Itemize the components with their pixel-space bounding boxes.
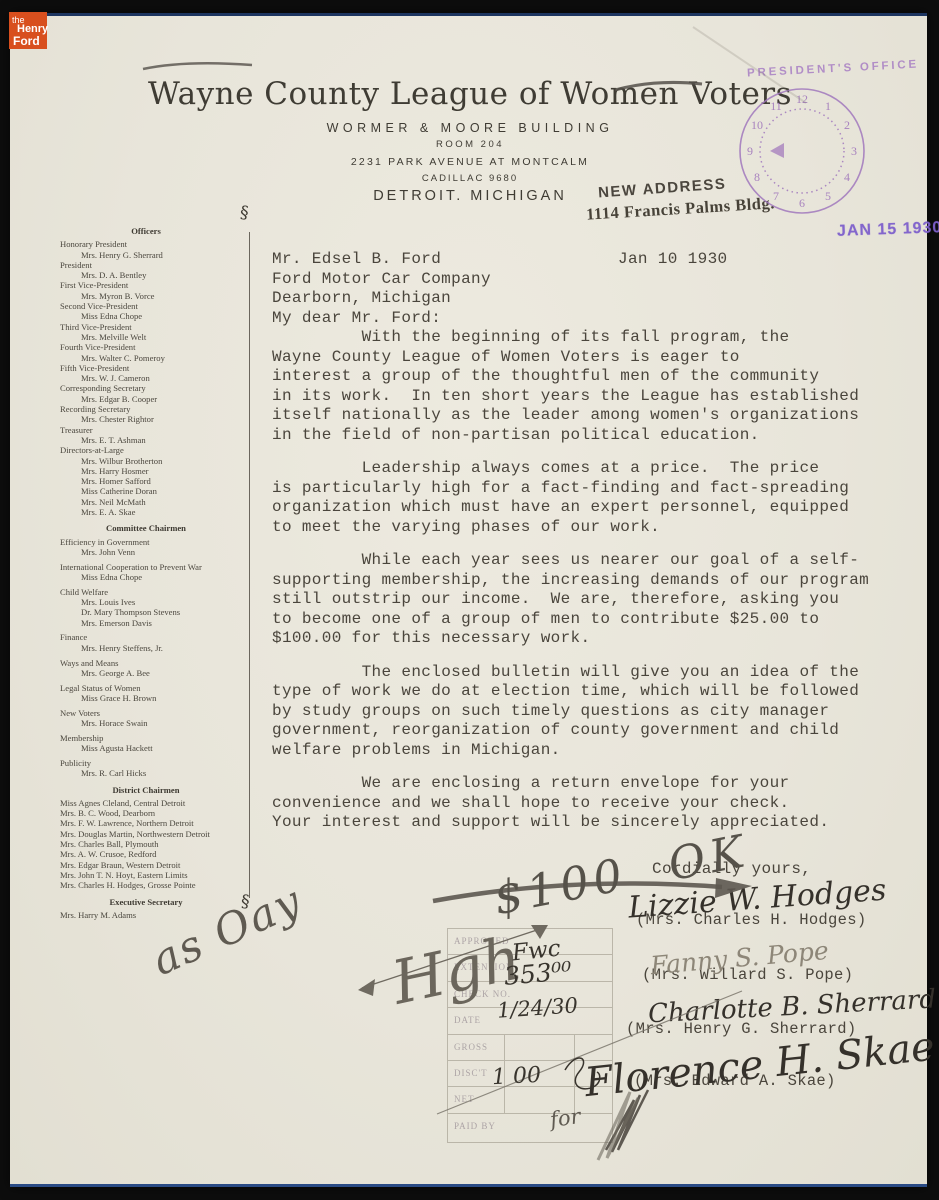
- officer-names: Mrs. Melville Welt: [60, 332, 252, 342]
- officer-role: Directors-at-Large: [60, 445, 252, 455]
- officer-names: Mrs. Myron B. Vorce: [60, 291, 252, 301]
- clock-pointer-icon: [770, 143, 784, 158]
- svg-text:7: 7: [773, 189, 779, 203]
- officer-entry: Second Vice-President Miss Edna Chope: [60, 301, 252, 322]
- officer-names: Miss Edna Chope: [60, 311, 252, 321]
- letterhead-building: WORMER & MOORE BUILDING: [140, 121, 800, 135]
- officer-entry: Honorary President Mrs. Henry G. Sherrar…: [60, 239, 252, 260]
- officers-heading: Officers: [60, 226, 232, 236]
- letter-body: Mr. Edsel B. Ford Ford Motor Car Company…: [272, 250, 904, 847]
- district-entry: Mrs. John T. N. Hoyt, Eastern Limits: [60, 870, 252, 880]
- approval-box-label: PAID BY: [454, 1121, 496, 1131]
- committee-name: International Cooperation to Prevent War: [60, 562, 252, 572]
- committee-entry: Publicity Mrs. R. Carl Hicks: [60, 758, 252, 779]
- svg-text:1: 1: [825, 99, 831, 113]
- officer-role: Fifth Vice-President: [60, 363, 252, 373]
- officer-names: Mrs. D. A. Bentley: [60, 270, 252, 280]
- committee-name: Publicity: [60, 758, 252, 768]
- committee-entry: Ways and Means Mrs. George A. Bee: [60, 658, 252, 679]
- exec-secretary-heading: Executive Secretary: [60, 897, 232, 907]
- recipient-address: Mr. Edsel B. Ford Ford Motor Car Company…: [272, 250, 904, 309]
- sidebar-divider-rule: [249, 232, 250, 898]
- henry-ford-logo: the Henry Ford: [9, 12, 47, 49]
- district-heading: District Chairmen: [60, 785, 232, 795]
- officer-role: Fourth Vice-President: [60, 342, 252, 352]
- pencil-paid-by-note: for: [548, 1104, 582, 1132]
- district-entry: Mrs. A. W. Crusoe, Redford: [60, 849, 252, 859]
- signature-entry: Florence H. Skae (Mrs. Edward A. Skae): [580, 1042, 932, 1090]
- signature-block: Lizzie W. Hodges (Mrs. Charles H. Hodges…: [580, 880, 932, 1090]
- ink-net-amount: 1 00: [491, 1063, 541, 1091]
- committee-list: Efficiency in Government Mrs. John Venn …: [60, 537, 252, 779]
- svg-text:6: 6: [799, 196, 805, 210]
- approval-box-label: NET: [454, 1094, 475, 1104]
- committee-chair-names: Mrs. R. Carl Hicks: [60, 768, 252, 778]
- svg-text:10: 10: [751, 118, 763, 132]
- committee-chair-names: Mrs. John Venn: [60, 547, 252, 557]
- letter-paragraphs: With the beginning of its fall program, …: [272, 328, 904, 833]
- letterhead-street-address: 2231 PARK AVENUE AT MONTCALM: [140, 156, 800, 168]
- logo-ford: Ford: [13, 35, 40, 47]
- svg-text:2: 2: [844, 118, 850, 132]
- ink-amount: 353⁰⁰: [503, 956, 573, 991]
- committee-chair-names: Miss Grace H. Brown: [60, 693, 252, 703]
- officer-role: Third Vice-President: [60, 322, 252, 332]
- approval-box-row: PAID BY: [448, 1114, 612, 1140]
- svg-text:5: 5: [825, 189, 831, 203]
- committee-chair-names: Mrs. George A. Bee: [60, 668, 252, 678]
- officer-entry: Third Vice-President Mrs. Melville Welt: [60, 322, 252, 343]
- officer-role: First Vice-President: [60, 280, 252, 290]
- approval-box-label: DISC'T: [454, 1068, 488, 1078]
- committee-chair-names: Mrs. Horace Swain: [60, 718, 252, 728]
- officer-entry: Directors-at-Large Mrs. Wilbur Brotherto…: [60, 445, 252, 517]
- officer-role: Second Vice-President: [60, 301, 252, 311]
- district-list: Miss Agnes Cleland, Central Detroit Mrs.…: [60, 798, 252, 891]
- committee-name: Membership: [60, 733, 252, 743]
- committee-entry: Membership Miss Agusta Hackett: [60, 733, 252, 754]
- district-entry: Mrs. Edgar Braun, Western Detroit: [60, 860, 252, 870]
- committee-name: Ways and Means: [60, 658, 252, 668]
- committee-name: Child Welfare: [60, 587, 252, 597]
- committee-entry: New Voters Mrs. Horace Swain: [60, 708, 252, 729]
- officer-role: President: [60, 260, 252, 270]
- svg-text:11: 11: [770, 99, 782, 113]
- committee-chair-names: Miss Edna Chope: [60, 572, 252, 582]
- svg-text:4: 4: [844, 170, 850, 184]
- officer-names: Mrs. Chester Rightor: [60, 414, 252, 424]
- svg-text:8: 8: [754, 170, 760, 184]
- committee-name: Efficiency in Government: [60, 537, 252, 547]
- committee-name: Finance: [60, 632, 252, 642]
- officer-entry: Fifth Vice-President Mrs. W. J. Cameron: [60, 363, 252, 384]
- committee-entry: International Cooperation to Prevent War…: [60, 562, 252, 583]
- officer-role: Honorary President: [60, 239, 252, 249]
- officer-entry: Recording Secretary Mrs. Chester Rightor: [60, 404, 252, 425]
- officer-roster-sidebar: Officers Honorary President Mrs. Henry G…: [60, 226, 252, 920]
- letter-paragraph: The enclosed bulletin will give you an i…: [272, 663, 904, 761]
- letterhead-room: ROOM 204: [140, 139, 800, 150]
- district-entry: Miss Agnes Cleland, Central Detroit: [60, 798, 252, 808]
- officer-entry: President Mrs. D. A. Bentley: [60, 260, 252, 281]
- officer-names: Mrs. Henry G. Sherrard: [60, 250, 252, 260]
- district-entry: Mrs. Douglas Martin, Northwestern Detroi…: [60, 829, 252, 839]
- committee-chair-names: Mrs. Henry Steffens, Jr.: [60, 643, 252, 653]
- committee-name: Legal Status of Women: [60, 683, 252, 693]
- officer-names: Mrs. Edgar B. Cooper: [60, 394, 252, 404]
- committee-entry: Finance Mrs. Henry Steffens, Jr.: [60, 632, 252, 653]
- officer-role: Recording Secretary: [60, 404, 252, 414]
- district-entry: Mrs. Charles H. Hodges, Grosse Pointe: [60, 880, 252, 890]
- officer-entry: Corresponding Secretary Mrs. Edgar B. Co…: [60, 383, 252, 404]
- officer-names: Mrs. E. T. Ashman: [60, 435, 252, 445]
- officer-names: Mrs. Walter C. Pomeroy: [60, 353, 252, 363]
- letter-paragraph: We are enclosing a return envelope for y…: [272, 774, 904, 833]
- received-date-stamp: JAN 15 1930: [837, 219, 939, 241]
- document-scan: the Henry Ford Wayne County League of Wo…: [0, 0, 939, 1200]
- svg-text:9: 9: [747, 144, 753, 158]
- officer-names: Mrs. W. J. Cameron: [60, 373, 252, 383]
- letter-paragraph: With the beginning of its fall program, …: [272, 328, 904, 445]
- committee-heading: Committee Chairmen: [60, 523, 232, 533]
- officer-entry: Fourth Vice-President Mrs. Walter C. Pom…: [60, 342, 252, 363]
- letterhead-title: Wayne County League of Women Voters: [140, 76, 800, 112]
- officer-role: Corresponding Secretary: [60, 383, 252, 393]
- committee-name: New Voters: [60, 708, 252, 718]
- committee-entry: Efficiency in Government Mrs. John Venn: [60, 537, 252, 558]
- letter-paragraph: Leadership always comes at a price. The …: [272, 459, 904, 537]
- letter-paragraph: While each year sees us nearer our goal …: [272, 551, 904, 649]
- officer-role: Treasurer: [60, 425, 252, 435]
- approval-box-label: DATE: [454, 1015, 481, 1025]
- committee-chair-names: Miss Agusta Hackett: [60, 743, 252, 753]
- officers-list: Honorary President Mrs. Henry G. Sherrar…: [60, 239, 252, 517]
- committee-entry: Child Welfare Mrs. Louis Ives Dr. Mary T…: [60, 587, 252, 628]
- committee-entry: Legal Status of Women Miss Grace H. Brow…: [60, 683, 252, 704]
- salutation: My dear Mr. Ford:: [272, 309, 904, 329]
- officer-entry: First Vice-President Mrs. Myron B. Vorce: [60, 280, 252, 301]
- officer-names: Mrs. Wilbur Brotherton Mrs. Harry Hosmer…: [60, 456, 252, 518]
- officer-entry: Treasurer Mrs. E. T. Ashman: [60, 425, 252, 446]
- svg-text:3: 3: [851, 144, 857, 158]
- clock-time-stamp-icon: 12 1 2 3 4 5 6 7 8 9 10 11: [732, 81, 872, 221]
- committee-chair-names: Mrs. Louis Ives Dr. Mary Thompson Steven…: [60, 597, 252, 628]
- district-entry: Mrs. F. W. Lawrence, Northern Detroit: [60, 818, 252, 828]
- district-entry: Mrs. Charles Ball, Plymouth: [60, 839, 252, 849]
- svg-text:12: 12: [796, 92, 808, 106]
- approval-box-label: GROSS: [454, 1042, 488, 1052]
- district-entry: Mrs. B. C. Wood, Dearborn: [60, 808, 252, 818]
- signature-entry: Fanny S. Pope (Mrs. Willard S. Pope): [580, 939, 932, 984]
